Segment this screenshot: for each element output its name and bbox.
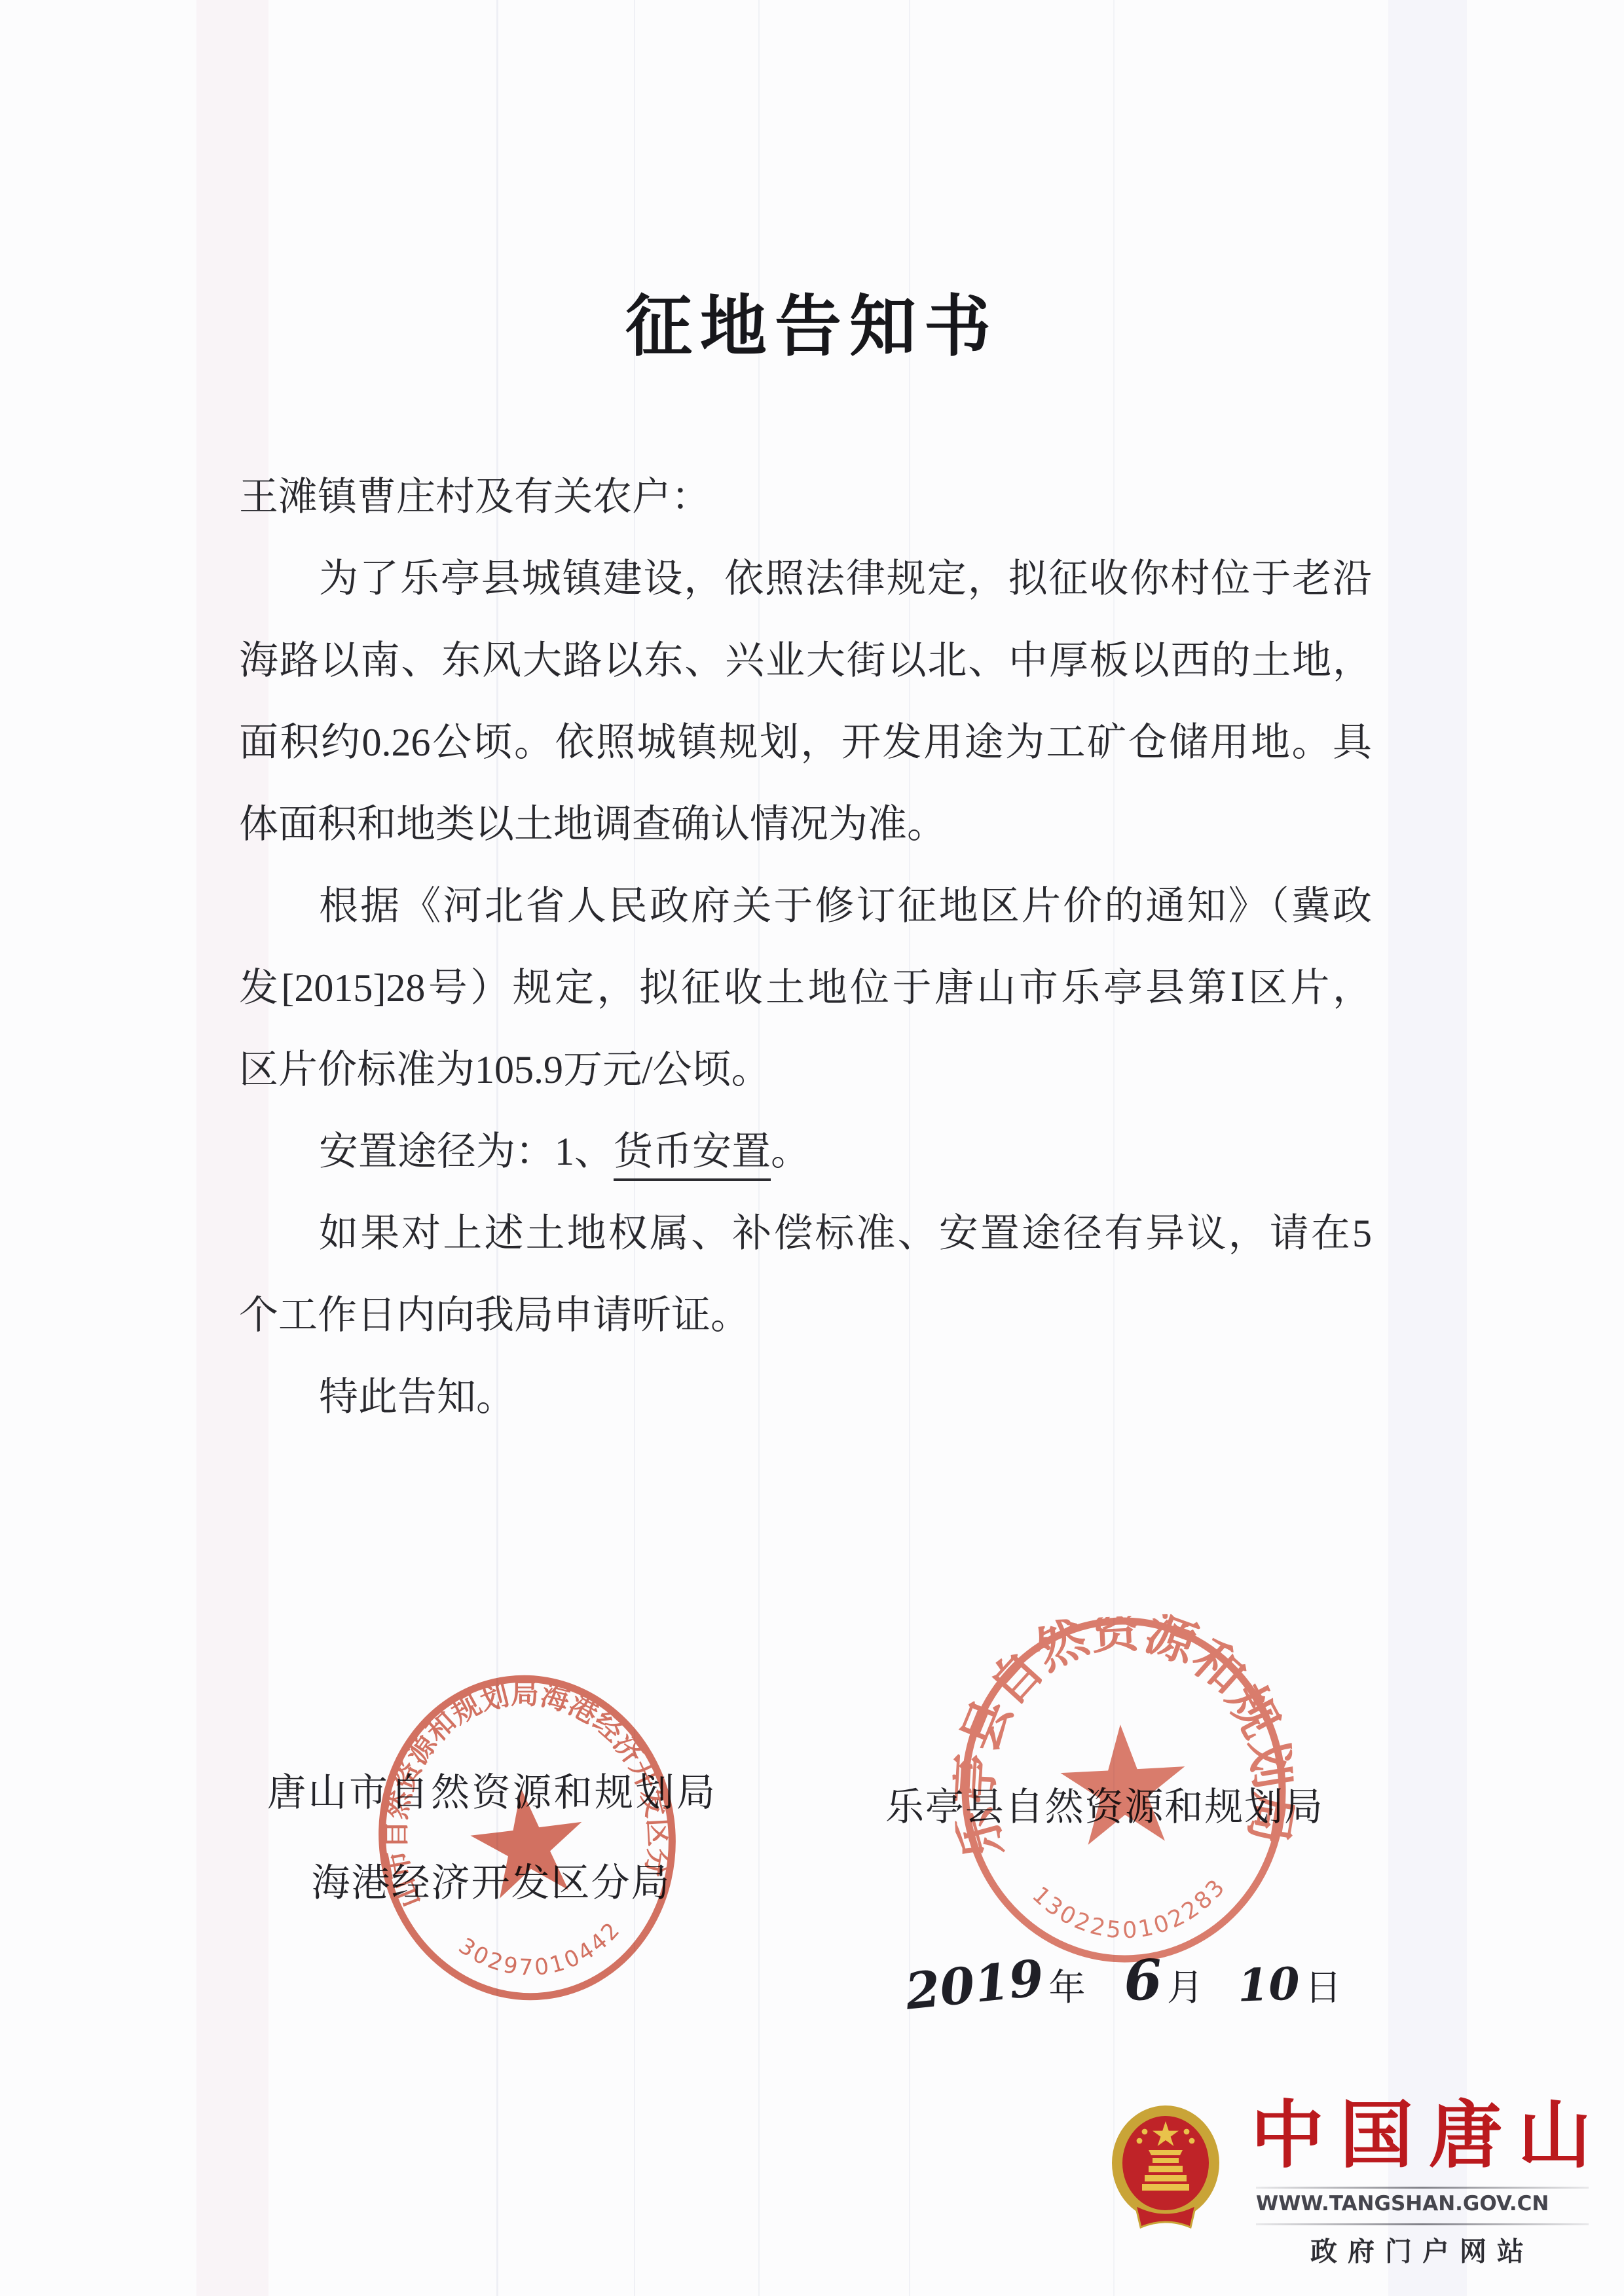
body-line: 王滩镇曹庄村及有关农户： <box>239 456 1372 538</box>
date-day-handwritten: 10 <box>1237 1958 1301 2012</box>
official-seal-left: 唐山市自然资源和规划局海港经济开发区分局 1302970104429 <box>354 1653 701 2022</box>
official-seal-right: 乐亭县自然资源和规划局 1302250102283 <box>944 1608 1302 1972</box>
body-line: 安置途径为：1、货币安置。 <box>239 1111 1372 1193</box>
body-line: 发[2015]28号）规定，拟征收土地位于唐山市乐亭县第Ⅰ区片， <box>239 947 1372 1029</box>
footer-divider <box>1256 2223 1589 2225</box>
body-lines: 王滩镇曹庄村及有关农户：为了乐亭县城镇建设，依照法律规定，拟征收你村位于老沿海路… <box>239 456 1372 1438</box>
body-line: 如果对上述土地权属、补偿标准、安置途径有异议，请在5 <box>239 1193 1372 1275</box>
body-line: 为了乐亭县城镇建设，依照法律规定，拟征收你村位于老沿 <box>239 538 1372 620</box>
portal-url: WWW.TANGSHAN.GOV.CN <box>1256 2192 1589 2215</box>
body-line: 个工作日内向我局申请听证。 <box>239 1275 1372 1357</box>
body-line-prefix: 安置途径为：1、 <box>319 1130 614 1173</box>
body-line-suffix: 。 <box>771 1130 810 1173</box>
footer-divider <box>1256 2187 1589 2189</box>
portal-brand-calligraphy: 中国唐山 <box>1251 2090 1591 2181</box>
body-line: 体面积和地类以土地调查确认情况为准。 <box>239 784 1372 866</box>
seal-star-icon <box>466 1781 590 1901</box>
body-line: 区片价标准为105.9万元/公顷。 <box>239 1029 1372 1111</box>
page-title: 征地告知书 <box>0 274 1624 369</box>
china-national-emblem-icon <box>1109 2103 1222 2231</box>
seal-star-icon <box>1058 1721 1189 1846</box>
date-day-label: 日 <box>1305 1959 1342 2011</box>
body-line: 根据《河北省人民政府关于修订征地区片价的通知》（冀政 <box>239 866 1372 947</box>
portal-caption: 政府门户网站 <box>1256 2230 1589 2269</box>
body-line: 海路以南、东风大路以东、兴业大街以北、中厚板以西的土地， <box>239 620 1372 702</box>
date-month-label: 月 <box>1167 1959 1204 2011</box>
body-line: 特此告知。 <box>239 1357 1372 1438</box>
body-line: 面积约0.26公顷。依照城镇规划，开发用途为工矿仓储用地。具 <box>239 702 1372 784</box>
underlined-text: 货币安置 <box>614 1130 771 1181</box>
document-page: 征地告知书 王滩镇曹庄村及有关农户：为了乐亭县城镇建设，依照法律规定，拟征收你村… <box>0 0 1624 2296</box>
